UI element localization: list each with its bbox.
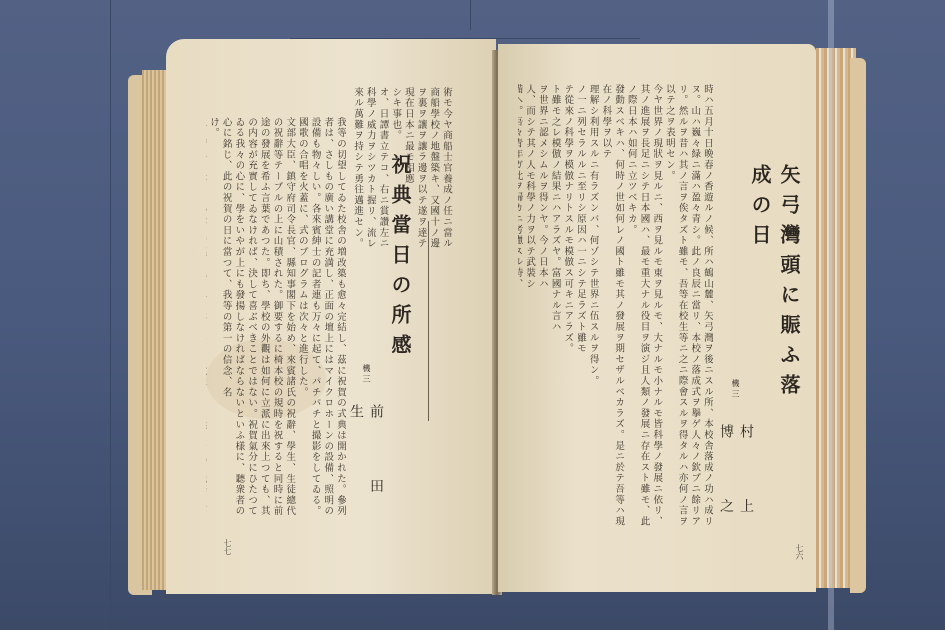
author-prefix: 機 三 [361,364,372,383]
surface-seam [470,0,471,30]
paragraph: 國歌の合唱を火蓋に、式のプログラムは次々と進行した。 [295,117,308,517]
surface-seam [110,0,111,630]
paragraph: テ從來ノ科學ヲ模倣ナリトスルモ模倣ス可キニアラズ。 [561,84,574,534]
article-title: 矢弓灣頭に賑ふ落成の日 [746,164,804,404]
page-number: 七六 [794,544,805,560]
glass-plate-edge [828,0,834,630]
paragraph: 理解シ利用スルニ有ラズンバ、何ゾシテ世界ニ伍スルヲ得ン。 [586,84,599,534]
right-page: 矢弓灣頭に賑ふ落成の日 機 三 村 上 博 之 時ハ五月十日晩春ノ香遊ルノ候、所… [498,44,816,592]
author-prefix: 機 三 [730,379,741,398]
article-title: 祝典當日の所感 [386,154,415,374]
article-body: 時ハ五月十日晩春ノ香遊ルノ候、所ハ鶴山麓、矢弓灣ヲ後ニスル所、本校舎落成ノ功ハ成… [518,84,713,534]
paragraph: 發動スベキハ、何時ノ世如何レノ國ト雖モ其ノ發展ヲ期セザルベカラズ。是ニ於テ吾等ハ… [599,84,624,534]
right-cover [850,58,866,593]
paragraph: 人、而シテ其ノ人モ科學ノ力ヲ以テ武裝シ [522,84,535,534]
paragraph: け。 [206,117,219,517]
paragraph: 備ヘ。吾々青年ガ此ヲ歸カニ考慮スル時、 [518,84,522,534]
author-name: 前 田 生 [346,404,386,574]
carryover-line: オ、日譚書立テコ、右ニ賞讚左ニ科學ノ威力ヲシツカト握リ、流レ來ル萬難ヲ持シテ勇往… [350,87,388,257]
author-name: 村 上 博 之 [716,424,756,584]
paragraph: 時ハ五月十日晩春ノ香遊ルノ候、所ハ鶴山麓、矢弓灣ヲ後ニスル所、本校舎落成ノ功ハ成… [662,84,713,534]
paragraph: ヲ世界ニ認メシムルヲ得ンヤ。今ノ日本ハ [535,84,548,534]
paragraph: 文部大臣、鎮守府司令長官、縣知事閣下を始め、來賓諸氏の祝辭、學生、生徒總代の祝辭… [219,117,295,517]
paragraph: 我等の切望してゐた校舎の増改築も愈々完結し、茲に祝賀の式典は開かれた。參列者は、… [308,117,346,517]
left-page: 術モ今ヤ商船士官養成ノ任ニ當ル商船學校ノ地盤築キ、又國十ノ邊ヲ裏ヲ讓ヲ讓ラ邊ヲ以… [166,39,496,594]
page-number: 七七 [222,539,233,555]
paragraph: ト雖モ之レ模倣ノ結果ニハアラズヤ。富國ナル言ハ [548,84,561,534]
paragraph: ノ一ニ列セラルルニ至リシ原因ハ一ニシテ足ラズト雖モ [573,84,586,534]
article-body: 我等の切望してゐた校舎の増改築も愈々完結し、茲に祝賀の式典は開かれた。參列者は、… [206,117,346,517]
paragraph: 今ヤ世界ノ現狀ヲ見ルニ、西ヲ見ルモ東ヲ見ルモ、大ナルモ小ナルモ皆科學ノ發展ニ依リ… [624,84,662,534]
article-divider [428,221,429,421]
open-book: 術モ今ヤ商船士官養成ノ任ニ當ル商船學校ノ地盤築キ、又國十ノ邊ヲ裏ヲ讓ヲ讓ラ邊ヲ以… [120,30,870,610]
